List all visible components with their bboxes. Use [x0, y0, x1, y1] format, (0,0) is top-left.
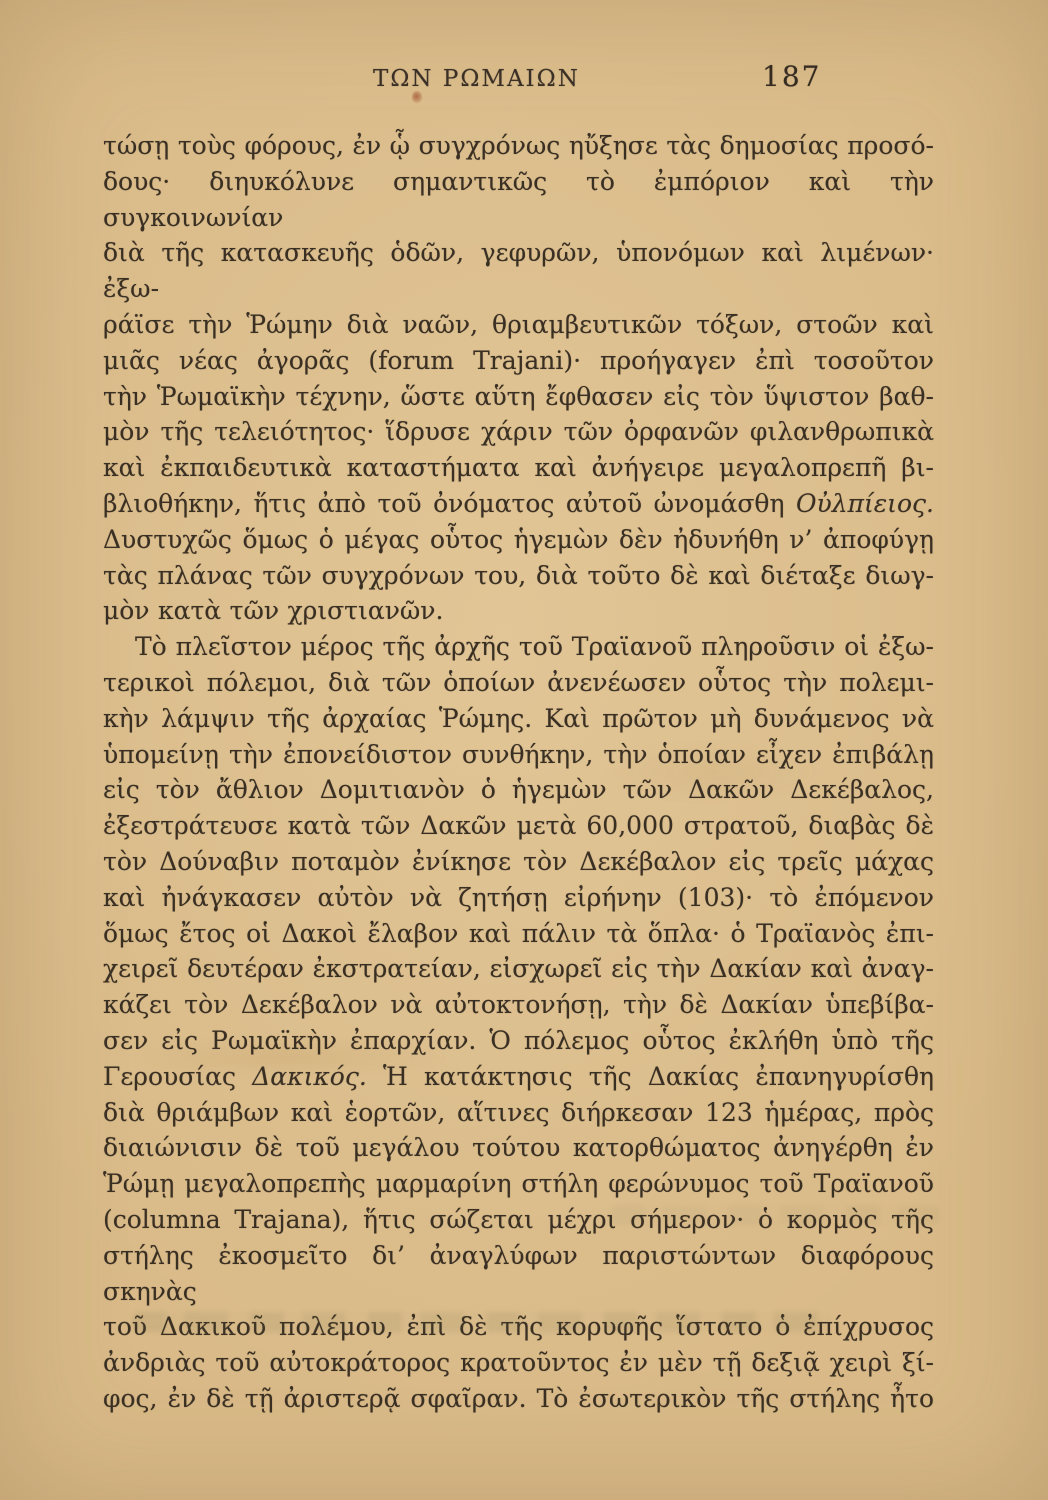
text-line: χειρεῖ δευτέραν ἐκστρατείαν, εἰσχωρεῖ εἰ… [103, 951, 934, 987]
text-segment: κὴν λάμψιν τῆς ἀρχαίας Ῥώμης. Καὶ πρῶτον… [103, 704, 934, 733]
italic-term: Δακικός. [252, 1062, 367, 1091]
text-line: μιᾶς νέας ἀγορᾶς (forum Trajani)· προήγα… [103, 343, 934, 379]
text-segment: τὸν Δούναβιν ποταμὸν ἐνίκησε τὸν Δεκέβαλ… [103, 847, 934, 876]
text-segment: μὸν τῆς τελειότητος· ἵδρυσε χάριν τῶν ὀρ… [103, 417, 934, 446]
text-segment: μιᾶς νέας ἀγορᾶς (forum Trajani)· προήγα… [103, 346, 934, 375]
text-segment: Ἡ κατάκτησις τῆς Δακίας ἐπανηγυρίσθη [367, 1062, 934, 1091]
text-segment: καὶ ἠνάγκασεν αὐτὸν νὰ ζητήσῃ εἰρήνην (1… [103, 883, 934, 912]
text-segment: τερικοὶ πόλεμοι, διὰ τῶν ὁποίων ἀνενέωσε… [103, 668, 934, 697]
text-line: καὶ ἐκπαιδευτικὰ καταστήματα καὶ ἀνήγειρ… [103, 450, 934, 486]
text-line: Γερουσίας Δακικός. Ἡ κατάκτησις τῆς Δακί… [103, 1059, 934, 1095]
text-segment: Γερουσίας [103, 1062, 252, 1091]
text-line: ὅμως ἔτος οἱ Δακοὶ ἔλαβον καὶ πάλιν τὰ ὅ… [103, 916, 934, 952]
text-segment: Ῥώμῃ μεγαλοπρεπὴς μαρμαρίνη στήλη φερώνυ… [103, 1169, 934, 1198]
text-segment: τὴν Ῥωμαϊκὴν τέχνην, ὥστε αὕτη ἔφθασεν ε… [103, 382, 934, 411]
text-segment: Δυστυχῶς ὅμως ὁ μέγας οὗτος ἡγεμὼν δὲν ἠ… [103, 525, 934, 554]
text-line: δους· διηυκόλυνε σημαντικῶς τὸ ἐμπόριον … [103, 164, 934, 236]
text-line: Τὸ πλεῖστον μέρος τῆς ἀρχῆς τοῦ Τραϊανοῦ… [103, 629, 934, 665]
text-line: στήλης ἐκοσμεῖτο δι’ ἀναγλύφων παριστώντ… [103, 1238, 934, 1310]
text-segment: κάζει τὸν Δεκέβαλον νὰ αὐτοκτονήσῃ, τὴν … [103, 990, 934, 1019]
text-segment: στήλης ἐκοσμεῖτο δι’ ἀναγλύφων παριστώντ… [103, 1241, 934, 1306]
text-segment: ἀνδριὰς τοῦ αὐτοκράτορος κρατοῦντος ἐν μ… [103, 1348, 934, 1377]
text-line: διὰ θριάμβων καὶ ἑορτῶν, αἵτινες διήρκεσ… [103, 1095, 934, 1131]
text-line: τὴν Ῥωμαϊκὴν τέχνην, ὥστε αὕτη ἔφθασεν ε… [103, 379, 934, 415]
text-segment: ράϊσε τὴν Ῥώμην διὰ ναῶν, θριαμβευτικῶν … [103, 310, 934, 339]
text-segment: διαιώνισιν δὲ τοῦ μεγάλου τούτου κατορθώ… [103, 1133, 934, 1162]
text-line: τερικοὶ πόλεμοι, διὰ τῶν ὁποίων ἀνενέωσε… [103, 665, 934, 701]
text-line: σεν εἰς Ρωμαϊκὴν ἐπαρχίαν. Ὁ πόλεμος οὗτ… [103, 1023, 934, 1059]
text-segment: ἐξεστράτευσε κατὰ τῶν Δακῶν μετὰ 60,000 … [103, 811, 934, 840]
text-line: φος, ἐν δὲ τῇ ἀριστερᾷ σφαῖραν. Τὸ ἐσωτε… [103, 1381, 934, 1417]
text-segment: τώσῃ τοὺς φόρους, ἐν ᾧ συγχρόνως ηὔξησε … [103, 131, 934, 160]
text-segment: βλιοθήκην, ἥτις ἀπὸ τοῦ ὀνόματος αὐτοῦ ὠ… [103, 489, 796, 518]
text-line: ράϊσε τὴν Ῥώμην διὰ ναῶν, θριαμβευτικῶν … [103, 307, 934, 343]
text-line: τὰς πλάνας τῶν συγχρόνων του, διὰ τοῦτο … [103, 558, 934, 594]
text-segment: φος, ἐν δὲ τῇ ἀριστερᾷ σφαῖραν. Τὸ ἐσωτε… [103, 1384, 934, 1413]
text-segment: δους· διηυκόλυνε σημαντικῶς τὸ ἐμπόριον … [103, 167, 934, 232]
text-line: εἰς τὸν ἄθλιον Δομιτιανὸν ὁ ἡγεμὼν τῶν Δ… [103, 772, 934, 808]
text-line: τώσῃ τοὺς φόρους, ἐν ᾧ συγχρόνως ηὔξησε … [103, 128, 934, 164]
text-line: μὸν κατὰ τῶν χριστιανῶν. [103, 593, 934, 629]
text-line: Δυστυχῶς ὅμως ὁ μέγας οὗτος ἡγεμὼν δὲν ἠ… [103, 522, 934, 558]
text-line: μὸν τῆς τελειότητος· ἵδρυσε χάριν τῶν ὀρ… [103, 414, 934, 450]
text-line: διαιώνισιν δὲ τοῦ μεγάλου τούτου κατορθώ… [103, 1130, 934, 1166]
text-line: διὰ τῆς κατασκευῆς ὁδῶν, γεφυρῶν, ὑπονόμ… [103, 235, 934, 307]
bleedthrough-text [610, 1205, 940, 1225]
bleedthrough-text [132, 1312, 832, 1332]
text-segment: σεν εἰς Ρωμαϊκὴν ἐπαρχίαν. Ὁ πόλεμος οὗτ… [103, 1026, 934, 1055]
italic-term: Οὐλπίειος. [796, 489, 934, 518]
text-segment: Τὸ πλεῖστον μέρος τῆς ἀρχῆς τοῦ Τραϊανοῦ… [135, 632, 934, 661]
text-segment: διὰ τῆς κατασκευῆς ὁδῶν, γεφυρῶν, ὑπονόμ… [103, 238, 934, 303]
page-number: 187 [762, 60, 821, 93]
text-line: ἐξεστράτευσε κατὰ τῶν Δακῶν μετὰ 60,000 … [103, 808, 934, 844]
foxing-spot [412, 91, 422, 103]
text-line: τὸν Δούναβιν ποταμὸν ἐνίκησε τὸν Δεκέβαλ… [103, 844, 934, 880]
text-segment: ὅμως ἔτος οἱ Δακοὶ ἔλαβον καὶ πάλιν τὰ ὅ… [103, 919, 934, 948]
text-segment: χειρεῖ δευτέραν ἐκστρατείαν, εἰσχωρεῖ εἰ… [103, 954, 934, 983]
book-page: ΤΩΝ ΡΩΜΑΙΩΝ 187 τώσῃ τοὺς φόρους, ἐν ᾧ σ… [0, 0, 1048, 1500]
text-segment: εἰς τὸν ἄθλιον Δομιτιανὸν ὁ ἡγεμὼν τῶν Δ… [103, 775, 934, 804]
text-line: ὑπομείνῃ τὴν ἐπονείδιστον συνθήκην, τὴν … [103, 737, 934, 773]
text-segment: καὶ ἐκπαιδευτικὰ καταστήματα καὶ ἀνήγειρ… [103, 453, 934, 482]
text-segment: μὸν κατὰ τῶν χριστιανῶν. [103, 596, 443, 625]
text-segment: διὰ θριάμβων καὶ ἑορτῶν, αἵτινες διήρκεσ… [103, 1098, 934, 1127]
text-segment: ὑπομείνῃ τὴν ἐπονείδιστον συνθήκην, τὴν … [103, 740, 934, 769]
text-segment: τὰς πλάνας τῶν συγχρόνων του, διὰ τοῦτο … [103, 561, 934, 590]
text-line: κάζει τὸν Δεκέβαλον νὰ αὐτοκτονήσῃ, τὴν … [103, 987, 934, 1023]
text-line: Ῥώμῃ μεγαλοπρεπὴς μαρμαρίνη στήλη φερώνυ… [103, 1166, 934, 1202]
running-header-title: ΤΩΝ ΡΩΜΑΙΩΝ [373, 66, 549, 92]
text-line: βλιοθήκην, ἥτις ἀπὸ τοῦ ὀνόματος αὐτοῦ ὠ… [103, 486, 934, 522]
text-line: κὴν λάμψιν τῆς ἀρχαίας Ῥώμης. Καὶ πρῶτον… [103, 701, 934, 737]
text-line: καὶ ἠνάγκασεν αὐτὸν νὰ ζητήσῃ εἰρήνην (1… [103, 880, 934, 916]
text-line: ἀνδριὰς τοῦ αὐτοκράτορος κρατοῦντος ἐν μ… [103, 1345, 934, 1381]
